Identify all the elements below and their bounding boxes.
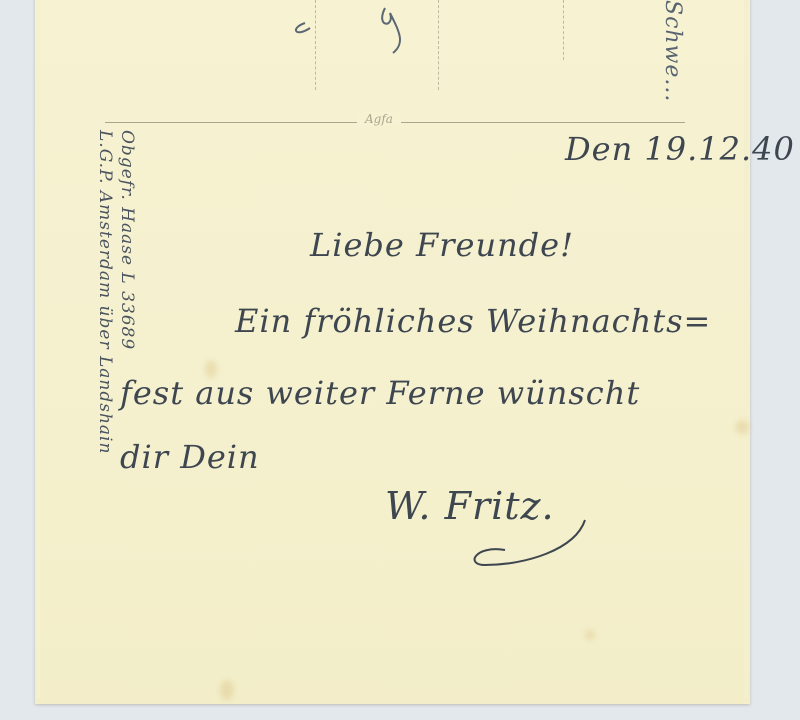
partial-address-text: Schwe...	[660, 0, 685, 102]
deckle-edge-bottom	[35, 698, 750, 710]
age-stain	[735, 420, 749, 434]
postcard: Agfa Schwe... Den 19.12.40 Liebe Freunde…	[35, 0, 750, 704]
date-line: Den 19.12.40	[565, 130, 795, 168]
age-stain	[220, 680, 234, 700]
deckle-edge-right	[744, 0, 756, 704]
body-line-3: dir Dein	[120, 438, 260, 476]
sender-line-1: Obgefr. Haase L 33689	[117, 130, 137, 350]
deckle-edge-left	[30, 0, 40, 704]
partial-address-script	[285, 0, 475, 58]
signature-flourish	[465, 510, 615, 580]
sender-line-2: L.G.P. Amsterdam über Landshain	[95, 130, 115, 454]
body-line-1: Ein fröhliches Weihnachts=	[235, 302, 711, 340]
age-stain	[585, 630, 595, 640]
agfa-brand-mark: Agfa	[357, 112, 401, 126]
salutation: Liebe Freunde!	[310, 226, 574, 264]
address-divider-line	[563, 0, 564, 60]
body-line-2: fest aus weiter Ferne wünscht	[120, 374, 640, 412]
